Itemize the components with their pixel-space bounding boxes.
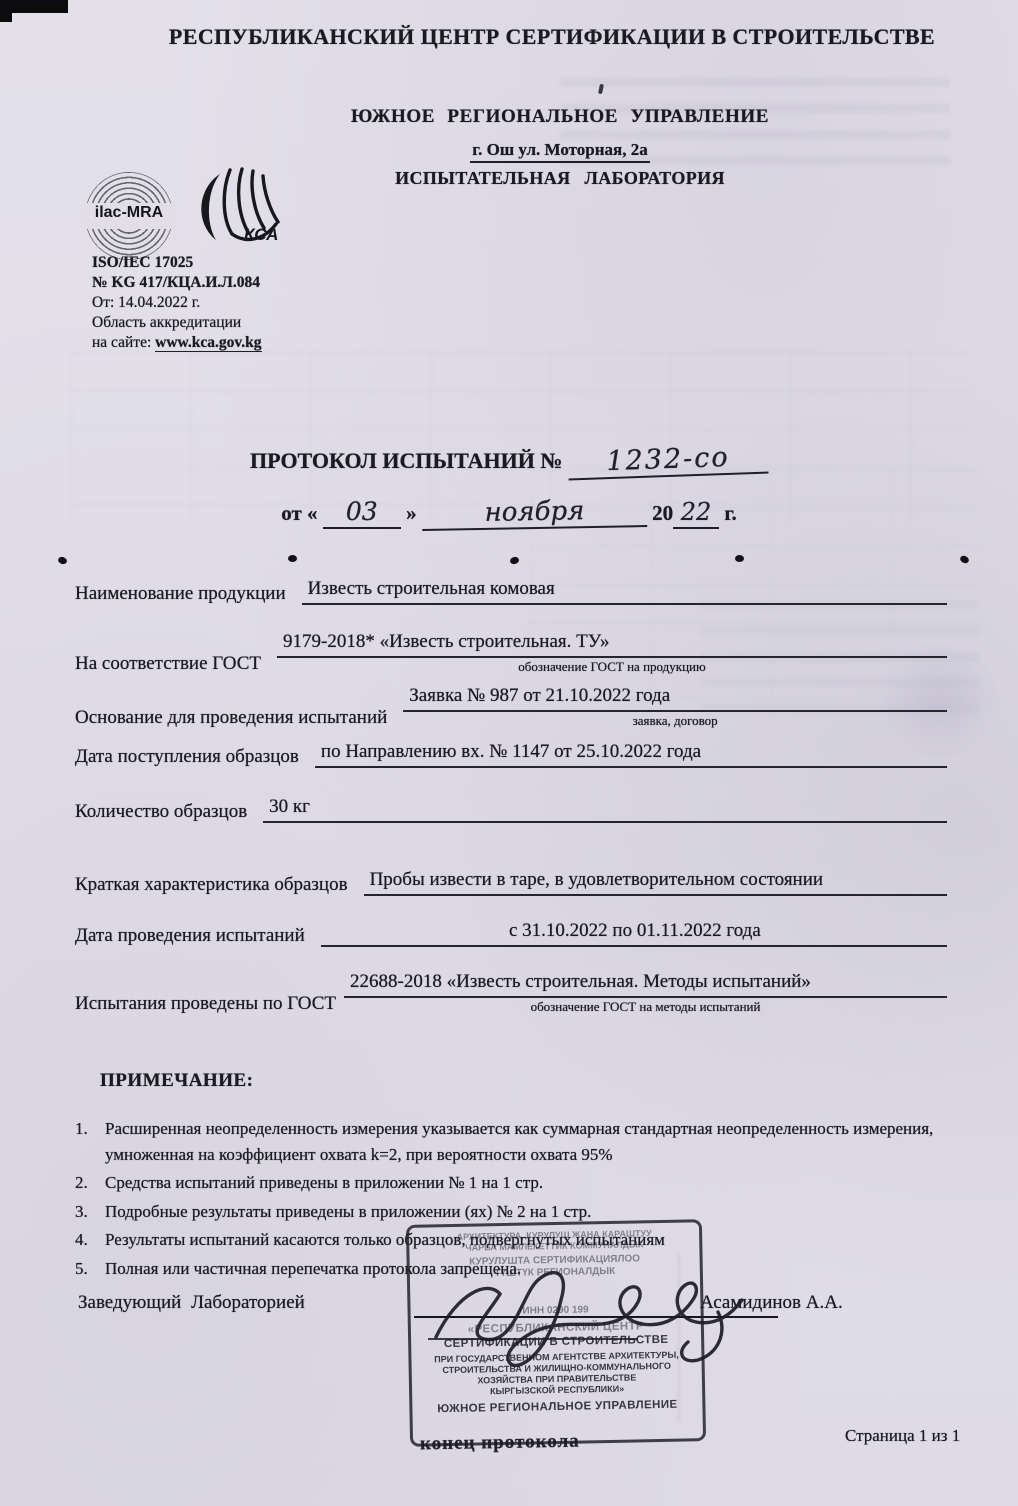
date-from-word: от « (281, 501, 317, 525)
note-number: 4. (75, 1227, 105, 1253)
note-item: 3.Подробные результаты приведены в прило… (75, 1199, 955, 1225)
page-number: Страница 1 из 1 (845, 1426, 960, 1446)
field-value: 9179-2018* «Известь строительная. ТУ» (277, 631, 947, 658)
date-day-slot: 03 (323, 497, 401, 529)
stamp-line: ЮЖНОЕ РЕГИОНАЛЬНОЕ УПРАВЛЕНИЕ (418, 1397, 696, 1416)
field-product-name: Наименование продукции Известь строитель… (75, 578, 947, 605)
punch-dot (57, 556, 68, 566)
address-line: г. Ош ул. Моторная, 2а (470, 140, 649, 163)
date-year-suffix: г. (724, 501, 736, 525)
ink-speck (598, 84, 604, 95)
date-month-handwritten: ноября (484, 496, 584, 528)
date-year-prefix: 20 (652, 501, 673, 525)
ilac-logo-label: ilac-MRA (85, 204, 173, 222)
date-year-slot: 22 (673, 498, 719, 529)
field-test-dates: Дата проведения испытаний с 31.10.2022 п… (75, 920, 947, 947)
date-year-handwritten: 22 (681, 498, 712, 526)
kca-website-link: www.kca.gov.kg (155, 334, 261, 352)
date-day-handwritten: 03 (346, 497, 378, 526)
punch-dot (509, 556, 520, 565)
note-text: Расширенная неопределенность измерения у… (105, 1116, 955, 1167)
accreditation-number: № KG 417/КЦА.И.Л.084 (92, 273, 392, 293)
protocol-number-slot: 1232-со (567, 441, 768, 481)
note-number: 5. (75, 1256, 105, 1282)
accreditation-date: От: 14.04.2022 г. (92, 293, 392, 313)
protocol-fields: Наименование продукции Известь строитель… (75, 570, 947, 1015)
note-text: Средства испытаний приведены в приложени… (105, 1170, 543, 1196)
field-test-basis: Основание для проведения испытаний Заявк… (75, 685, 947, 729)
field-value: 30 кг (263, 796, 947, 823)
field-gost-product: На соответствие ГОСТ 9179-2018* «Известь… (75, 631, 947, 675)
field-label: Дата проведения испытаний (75, 925, 321, 947)
field-samples-received: Дата поступления образцов по Направлению… (75, 741, 947, 768)
note-number: 3. (75, 1199, 105, 1225)
note-text: Подробные результаты приведены в приложе… (105, 1199, 591, 1225)
field-value: 22688-2018 «Известь строительная. Методы… (344, 971, 947, 998)
accreditation-scope: Область аккредитации (92, 313, 392, 333)
kca-logo-graphic: КСА (186, 166, 290, 262)
protocol-title-row: ПРОТОКОЛ ИСПЫТАНИЙ № 1232-со (0, 444, 1018, 477)
field-caption: обозначение ГОСТ на продукцию (277, 659, 947, 675)
field-label: Краткая характеристика образцов (75, 874, 364, 896)
field-value: Заявка № 987 от 21.10.2022 года (403, 685, 947, 712)
field-caption: заявка, договор (403, 713, 947, 729)
field-label: На соответствие ГОСТ (75, 653, 277, 675)
signatory-position: Заведующий Лабораторией (78, 1292, 305, 1314)
ilac-mra-logo: ilac-MRA (85, 172, 173, 260)
field-gost-method: Испытания проведены по ГОСТ 22688-2018 «… (75, 971, 947, 1015)
punch-dot (735, 555, 744, 562)
field-sample-description: Краткая характеристика образцов Пробы из… (75, 869, 947, 896)
field-value: Пробы извести в таре, в удовлетворительн… (364, 869, 947, 896)
field-sample-quantity: Количество образцов 30 кг (75, 796, 947, 823)
field-label: Испытания проведены по ГОСТ (75, 993, 344, 1015)
protocol-number-handwritten: 1232-со (606, 442, 730, 477)
accreditation-site-line: на сайте: www.kca.gov.kg (92, 333, 392, 353)
note-number: 1. (75, 1116, 105, 1167)
site-prefix: на сайте: (92, 334, 151, 351)
notes-heading: ПРИМЕЧАНИЕ: (100, 1070, 254, 1092)
handwritten-signature (418, 1242, 778, 1382)
punch-dot (959, 554, 970, 564)
date-quote-close: » (406, 501, 417, 525)
note-number: 2. (75, 1170, 105, 1196)
accreditation-block: ISO/IEC 17025 № KG 417/КЦА.И.Л.084 От: 1… (92, 253, 392, 353)
field-label: Основание для проведения испытаний (75, 707, 403, 729)
svg-text:КСА: КСА (244, 225, 278, 244)
date-month-slot: ноября (422, 495, 648, 531)
protocol-date-row: от « 03 » ноября 2022 г. (0, 497, 1018, 529)
field-label: Наименование продукции (75, 583, 302, 605)
field-value: Известь строительная комовая (302, 578, 947, 605)
field-value: по Направлению вх. № 1147 от 25.10.2022 … (315, 741, 947, 768)
field-label: Количество образцов (75, 801, 263, 823)
kca-logo: КСА (186, 166, 290, 262)
scanned-protocol-page: РЕСПУБЛИКАНСКИЙ ЦЕНТР СЕРТИФИКАЦИИ В СТР… (0, 0, 1018, 1506)
punch-dot (288, 555, 297, 562)
field-caption: обозначение ГОСТ на методы испытаний (344, 999, 947, 1015)
field-value: с 31.10.2022 по 01.11.2022 года (321, 920, 947, 947)
note-item: 2.Средства испытаний приведены в приложе… (75, 1170, 955, 1196)
accreditation-standard: ISO/IEC 17025 (92, 253, 392, 273)
department-title: ЮЖНОЕ РЕГИОНАЛЬНОЕ УПРАВЛЕНИЕ (160, 106, 960, 128)
field-label: Дата поступления образцов (75, 746, 315, 768)
note-item: 1.Расширенная неопределенность измерения… (75, 1116, 955, 1167)
scanner-corner-mark (0, 0, 12, 22)
org-title: РЕСПУБЛИКАНСКИЙ ЦЕНТР СЕРТИФИКАЦИИ В СТР… (86, 24, 1018, 50)
protocol-title: ПРОТОКОЛ ИСПЫТАНИЙ № (250, 448, 562, 473)
